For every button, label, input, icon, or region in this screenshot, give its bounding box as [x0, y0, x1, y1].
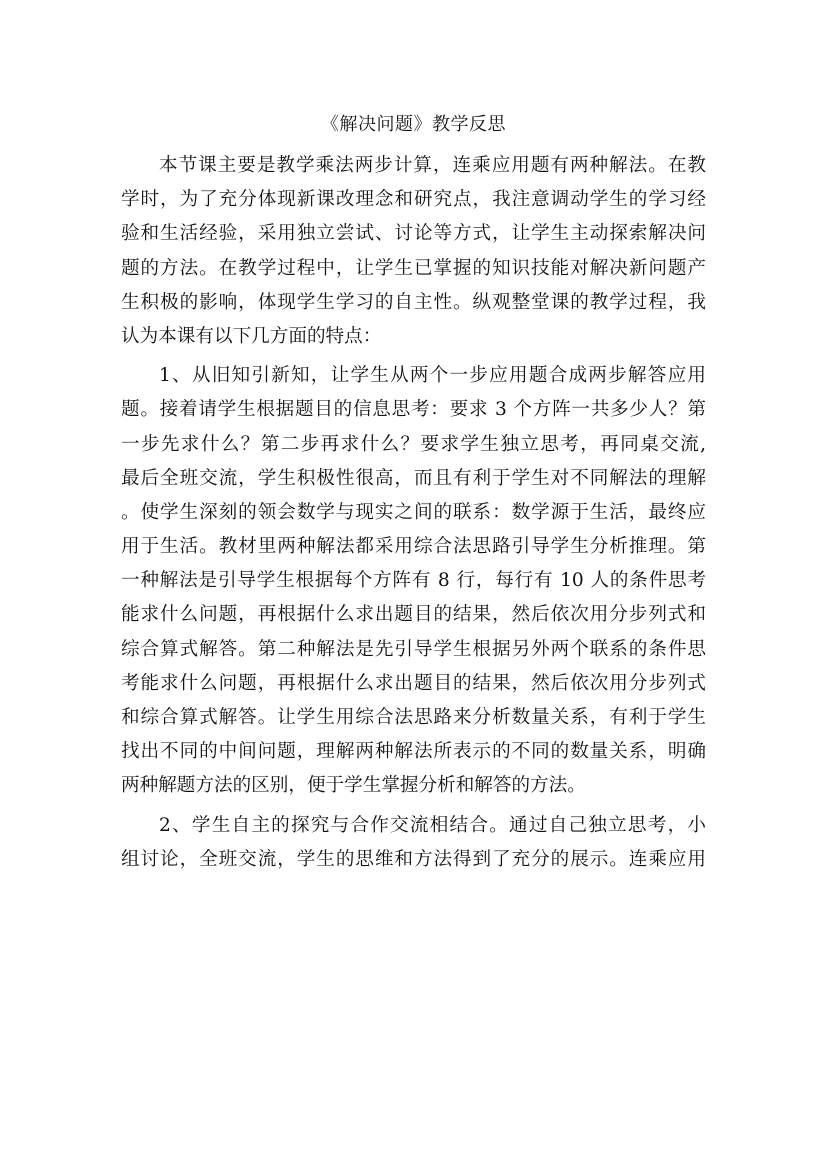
text-line: 一种解法是引导学生根据每个方阵有 8 行，每行有 10 人的条件思考 [121, 569, 706, 603]
text-line: 题的方法。在教学过程中，让学生已掌握的知识技能对解决新问题产 [121, 257, 706, 291]
text-line: 组讨论，全班交流，学生的思维和方法得到了充分的展示。连乘应用 [121, 848, 706, 882]
paragraph-point-2: 2、学生自主的探究与合作交流相结合。通过自己独立思考，小 组讨论，全班交流，学生… [121, 814, 706, 882]
text-line: 本节课主要是教学乘法两步计算，连乘应用题有两种解法。在教 [121, 154, 706, 188]
text-line: 综合算式解答。第二种解法是先引导学生根据另外两个联系的条件思 [121, 638, 706, 672]
document-page: 《解决问题》教学反思 本节课主要是教学乘法两步计算，连乘应用题有两种解法。在教 … [0, 0, 827, 1169]
text-line: 用于生活。教材里两种解法都采用综合法思路引导学生分析推理。第 [121, 535, 706, 569]
document-body: 本节课主要是教学乘法两步计算，连乘应用题有两种解法。在教 学时，为了充分体现新课… [121, 154, 706, 882]
text-line: 1、从旧知引新知，让学生从两个一步应用题合成两步解答应用 [121, 364, 706, 398]
text-line: 题。接着请学生根据题目的信息思考：要求 3 个方阵一共多少人？第 [121, 398, 706, 432]
paragraph-point-1: 1、从旧知引新知，让学生从两个一步应用题合成两步解答应用 题。接着请学生根据题目… [121, 364, 706, 808]
text-line: 最后全班交流，学生积极性很高，而且有利于学生对不同解法的理解 [121, 467, 706, 501]
text-line: 。使学生深刻的领会数学与现实之间的联系：数学源于生活，最终应 [121, 501, 706, 535]
text-line: 考能求什么问题，再根据什么求出题目的结果，然后依次用分步列式 [121, 672, 706, 706]
text-line: 验和生活经验，采用独立尝试、讨论等方式，让学生主动探索解决问 [121, 222, 706, 256]
document-title: 《解决问题》教学反思 [0, 113, 827, 137]
text-line: 认为本课有以下几方面的特点： [121, 325, 706, 359]
text-line: 2、学生自主的探究与合作交流相结合。通过自己独立思考，小 [121, 814, 706, 848]
text-line: 和综合算式解答。让学生用综合法思路来分析数量关系，有利于学生 [121, 706, 706, 740]
text-line: 两种解题方法的区别，便于学生掌握分析和解答的方法。 [121, 774, 706, 808]
text-line: 能求什么问题，再根据什么求出题目的结果，然后依次用分步列式和 [121, 603, 706, 637]
text-line: 找出不同的中间问题，理解两种解法所表示的不同的数量关系，明确 [121, 740, 706, 774]
text-line: 生积极的影响，体现学生学习的自主性。纵观整堂课的教学过程，我 [121, 291, 706, 325]
paragraph-intro: 本节课主要是教学乘法两步计算，连乘应用题有两种解法。在教 学时，为了充分体现新课… [121, 154, 706, 359]
text-line: 学时，为了充分体现新课改理念和研究点，我注意调动学生的学习经 [121, 188, 706, 222]
text-line: 一步先求什么？第二步再求什么？要求学生独立思考，再同桌交流, [121, 433, 706, 467]
